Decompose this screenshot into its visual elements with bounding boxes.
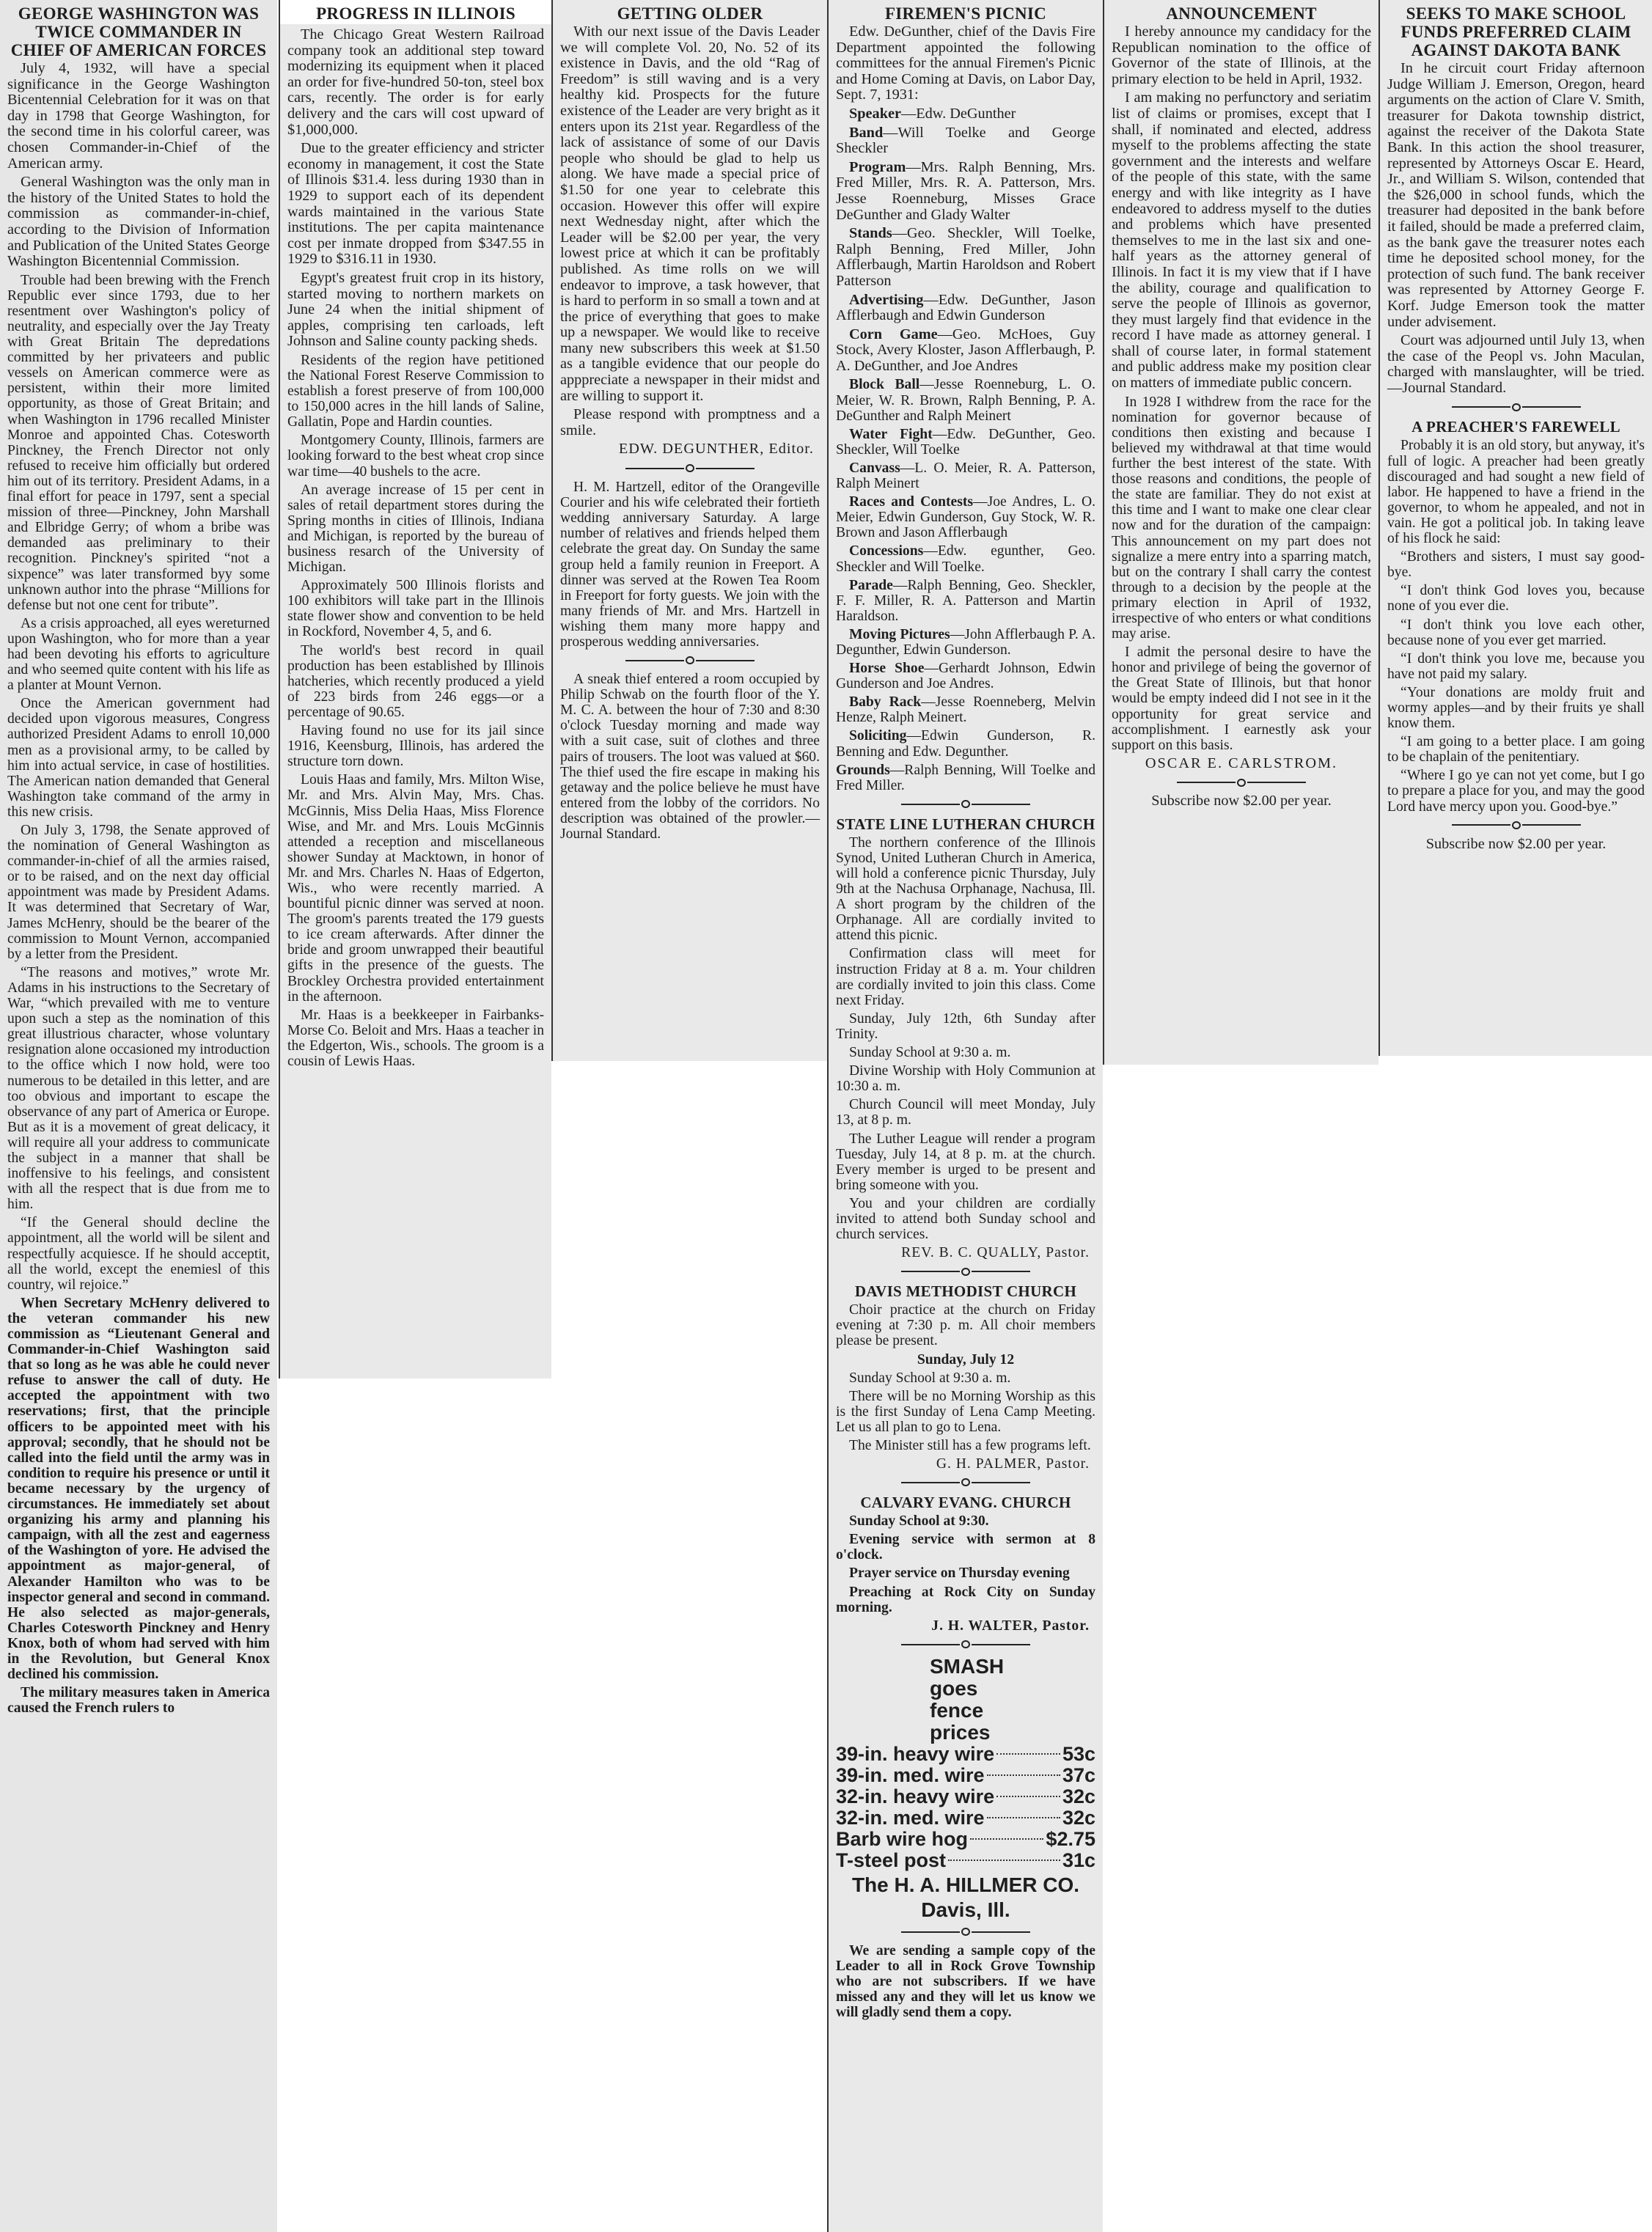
column-1: GEORGE WASHINGTON WAS TWICE COMMANDER IN…: [0, 0, 277, 2232]
headline-school-funds: SEEKS TO MAKE SCHOOL FUNDS PREFERRED CLA…: [1387, 4, 1645, 59]
paragraph: General Washington was the only man in t…: [7, 175, 270, 270]
paragraph: You and your children are cordially invi…: [836, 1196, 1095, 1242]
paragraph: Confirmation class will meet for instruc…: [836, 946, 1095, 1007]
signature: EDW. DEGUNTHER, Editor.: [560, 441, 820, 458]
separator: [836, 798, 1095, 811]
ad-heading: SMASH: [836, 1656, 1095, 1678]
article-sneak-thief: A sneak thief entered a room occupied by…: [560, 672, 820, 842]
paragraph: Mr. Haas is a beekkeeper in Fairbanks-Mo…: [287, 1007, 544, 1069]
paragraph: “Where I go ye can not yet come, but I g…: [1387, 768, 1645, 814]
price-row: Barb wire hog$2.75: [836, 1829, 1095, 1850]
committee: Canvass—L. O. Meier, R. A. Patterson, Ra…: [836, 460, 1095, 491]
paragraph: I admit the personal desire to have the …: [1112, 645, 1371, 753]
headline-announcement: ANNOUNCEMENT: [1112, 4, 1371, 23]
committee: Water Fight—Edw. DeGunther, Geo. Sheckle…: [836, 427, 1095, 458]
paragraph: The military measures taken in America c…: [7, 1685, 270, 1716]
committee: Speaker—Edw. DeGunther: [836, 106, 1095, 122]
paragraph: Court was adjourned until July 13, when …: [1387, 333, 1645, 396]
paragraph: Egypt's greatest fruit crop in its histo…: [287, 271, 544, 350]
ad-company: The H. A. HILLMER CO.: [836, 1874, 1095, 1896]
committee: Horse Shoe—Gerhardt Johnson, Edwin Gunde…: [836, 661, 1095, 691]
column-4: FIREMEN'S PICNIC Edw. DeGunther, chief o…: [827, 0, 1103, 2232]
price-row: 39-in. heavy wire53c: [836, 1744, 1095, 1765]
paragraph: We are sending a sample copy of the Lead…: [836, 1943, 1095, 2020]
headline-calvary-evang: CALVARY EVANG. CHURCH: [836, 1494, 1095, 1512]
ad-location: Davis, Ill.: [836, 1899, 1095, 1921]
ad-heading: prices: [836, 1722, 1095, 1744]
column-5: ANNOUNCEMENT I hereby announce my candid…: [1103, 0, 1378, 1065]
paragraph: Prayer service on Thursday evening: [836, 1565, 1095, 1581]
paragraph: The Chicago Great Western Railroad compa…: [287, 27, 544, 138]
paragraph: In he circuit court Friday afternoon Jud…: [1387, 61, 1645, 330]
column-2: PROGRESS IN ILLINOIS The Chicago Great W…: [279, 0, 551, 1379]
article-lutheran-church: The northern conference of the Illinois …: [836, 835, 1095, 1260]
separator: [1387, 400, 1645, 414]
paragraph: Louis Haas and family, Mrs. Milton Wise,…: [287, 772, 544, 1004]
paragraph: The Luther League will render a program …: [836, 1131, 1095, 1193]
separator: [560, 654, 820, 667]
article-progress-illinois: The Chicago Great Western Railroad compa…: [287, 27, 544, 1069]
paragraph: As a crisis approached, all eyes weretur…: [7, 616, 270, 693]
paragraph: “I am going to a better place. I am goin…: [1387, 734, 1645, 765]
paragraph: Montgomery County, Illinois, farmers are…: [287, 433, 544, 479]
paragraph: “I don't think you love me, because you …: [1387, 651, 1645, 682]
paragraph: “If the General should decline the appoi…: [7, 1215, 270, 1292]
paragraph: Please respond with promptness and a smi…: [560, 407, 820, 438]
paragraph: Choir practice at the church on Friday e…: [836, 1302, 1095, 1348]
paragraph: Residents of the region have petitioned …: [287, 353, 544, 430]
paragraph: July 4, 1932, will have a special signif…: [7, 61, 270, 172]
signature: G. H. PALMER, Pastor.: [836, 1456, 1095, 1472]
separator: [836, 1265, 1095, 1278]
paragraph: Divine Worship with Holy Communion at 10…: [836, 1063, 1095, 1094]
paragraph: On July 3, 1798, the Senate approved of …: [7, 823, 270, 962]
separator: [836, 1926, 1095, 1939]
paragraph: “The reasons and motives,” wrote Mr. Ada…: [7, 965, 270, 1213]
headline-firemens-picnic: FIREMEN'S PICNIC: [836, 4, 1095, 23]
paragraph: When Secretary McHenry delivered to the …: [7, 1296, 270, 1682]
paragraph: Sunday School at 9:30 a. m.: [836, 1045, 1095, 1060]
paragraph: “I don't think you love each other, beca…: [1387, 617, 1645, 648]
headline-washington: GEORGE WASHINGTON WAS TWICE COMMANDER IN…: [7, 4, 270, 59]
article-firemens-picnic: Edw. DeGunther, chief of the Davis Fire …: [836, 24, 1095, 793]
separator: [560, 462, 820, 475]
committee: Concessions—Edw. egunther, Geo. Sheckler…: [836, 543, 1095, 574]
paragraph: I am making no perfunctory and seriatim …: [1112, 90, 1371, 391]
separator: [836, 1476, 1095, 1489]
column-3: GETTING OLDER With our next issue of the…: [551, 0, 827, 1061]
price-row: T-steel post31c: [836, 1850, 1095, 1871]
committee: Baby Rack—Jesse Roenneberg, Melvin Henze…: [836, 694, 1095, 725]
paragraph: Sunday, July 12th, 6th Sunday after Trin…: [836, 1011, 1095, 1042]
paragraph: Church Council will meet Monday, July 13…: [836, 1097, 1095, 1128]
article-sample-copy: We are sending a sample copy of the Lead…: [836, 1943, 1095, 2020]
paragraph: Preaching at Rock City on Sunday morning…: [836, 1585, 1095, 1615]
paragraph: With our next issue of the Davis Leader …: [560, 24, 820, 404]
committee: Stands—Geo. Sheckler, Will Toelke, Ralph…: [836, 226, 1095, 289]
paragraph: There will be no Morning Worship as this…: [836, 1389, 1095, 1435]
paragraph: Edw. DeGunther, chief of the Davis Fire …: [836, 24, 1095, 103]
subscribe-notice: Subscribe now $2.00 per year.: [1112, 793, 1371, 810]
paragraph: H. M. Hartzell, editor of the Orangevill…: [560, 480, 820, 650]
headline-state-line-lutheran: STATE LINE LUTHERAN CHURCH: [836, 815, 1095, 834]
headline-getting-older: GETTING OLDER: [560, 4, 820, 23]
committee: Program—Mrs. Ralph Benning, Mrs. Fred Mi…: [836, 160, 1095, 223]
paragraph: Sunday School at 9:30.: [836, 1513, 1095, 1529]
paragraph: An average increase of 15 per cent in sa…: [287, 482, 544, 576]
separator: [836, 1638, 1095, 1651]
article-calvary-church: Sunday School at 9:30. Evening service w…: [836, 1513, 1095, 1634]
article-methodist-church: Choir practice at the church on Friday e…: [836, 1302, 1095, 1472]
fence-price-advertisement: SMASH goes fence prices 39-in. heavy wir…: [836, 1656, 1095, 1921]
paragraph: Due to the greater efficiency and strict…: [287, 141, 544, 268]
committee: Block Ball—Jesse Roenneburg, L. O. Meier…: [836, 377, 1095, 423]
headline-progress-illinois: PROGRESS IN ILLINOIS: [280, 0, 551, 24]
paragraph: Sunday School at 9:30 a. m.: [836, 1370, 1095, 1386]
subhead: Sunday, July 12: [836, 1352, 1095, 1368]
paragraph: In 1928 I withdrew from the race for the…: [1112, 394, 1371, 642]
signature: J. H. WALTER, Pastor.: [836, 1618, 1095, 1634]
paragraph: The northern conference of the Illinois …: [836, 835, 1095, 944]
paragraph: I hereby announce my candidacy for the R…: [1112, 24, 1371, 87]
article-preachers-farewell: Probably it is an old story, but anyway,…: [1387, 438, 1645, 814]
paragraph: “Brothers and sisters, I must say good-b…: [1387, 549, 1645, 580]
paragraph: The Minister still has a few programs le…: [836, 1438, 1095, 1453]
committee: Soliciting—Edwin Gunderson, R. Benning a…: [836, 728, 1095, 759]
headline-preachers-farewell: A PREACHER'S FAREWELL: [1387, 418, 1645, 436]
paragraph: Approximately 500 Illinois florists and …: [287, 578, 544, 639]
paragraph: “I don't think God loves you, because no…: [1387, 583, 1645, 614]
paragraph: Probably it is an old story, but anyway,…: [1387, 438, 1645, 546]
paragraph: Having found no use for its jail since 1…: [287, 723, 544, 769]
article-school-funds: In he circuit court Friday afternoon Jud…: [1387, 61, 1645, 396]
paragraph: A sneak thief entered a room occupied by…: [560, 672, 820, 842]
article-announcement: I hereby announce my candidacy for the R…: [1112, 24, 1371, 771]
ad-heading: fence: [836, 1700, 1095, 1722]
paragraph: “Your donations are moldy fruit and worm…: [1387, 685, 1645, 731]
subscribe-notice: Subscribe now $2.00 per year.: [1387, 837, 1645, 853]
paragraph: Once the American government had decided…: [7, 696, 270, 820]
paragraph: Evening service with sermon at 8 o'clock…: [836, 1532, 1095, 1563]
committee: Grounds—Ralph Benning, Will Toelke and F…: [836, 763, 1095, 793]
committee: Parade—Ralph Benning, Geo. Sheckler, F. …: [836, 578, 1095, 624]
committee: Band—Will Toelke and George Sheckler: [836, 125, 1095, 157]
ad-heading: goes: [836, 1678, 1095, 1700]
article-getting-older: With our next issue of the Davis Leader …: [560, 24, 820, 458]
separator: [1387, 819, 1645, 832]
signature: REV. B. C. QUALLY, Pastor.: [836, 1245, 1095, 1260]
price-row: 32-in. heavy wire32c: [836, 1786, 1095, 1807]
paragraph: The world's best record in quail product…: [287, 643, 544, 720]
committee: Advertising—Edw. DeGunther, Jason Affler…: [836, 293, 1095, 324]
committee: Moving Pictures—John Afflerbaugh P. A. D…: [836, 627, 1095, 658]
article-washington: July 4, 1932, will have a special signif…: [7, 61, 270, 1716]
committee: Corn Game—Geo. McHoes, Guy Stock, Avery …: [836, 327, 1095, 375]
price-row: 39-in. med. wire37c: [836, 1765, 1095, 1786]
committee: Races and Contests—Joe Andres, L. O. Mei…: [836, 494, 1095, 540]
separator: [1112, 776, 1371, 789]
article-hartzell: H. M. Hartzell, editor of the Orangevill…: [560, 480, 820, 650]
headline-davis-methodist: DAVIS METHODIST CHURCH: [836, 1282, 1095, 1301]
paragraph: Trouble had been brewing with the French…: [7, 273, 270, 613]
price-row: 32-in. med. wire32c: [836, 1807, 1095, 1829]
signature: OSCAR E. CARLSTROM.: [1112, 756, 1371, 772]
column-6: SEEKS TO MAKE SCHOOL FUNDS PREFERRED CLA…: [1378, 0, 1652, 1056]
